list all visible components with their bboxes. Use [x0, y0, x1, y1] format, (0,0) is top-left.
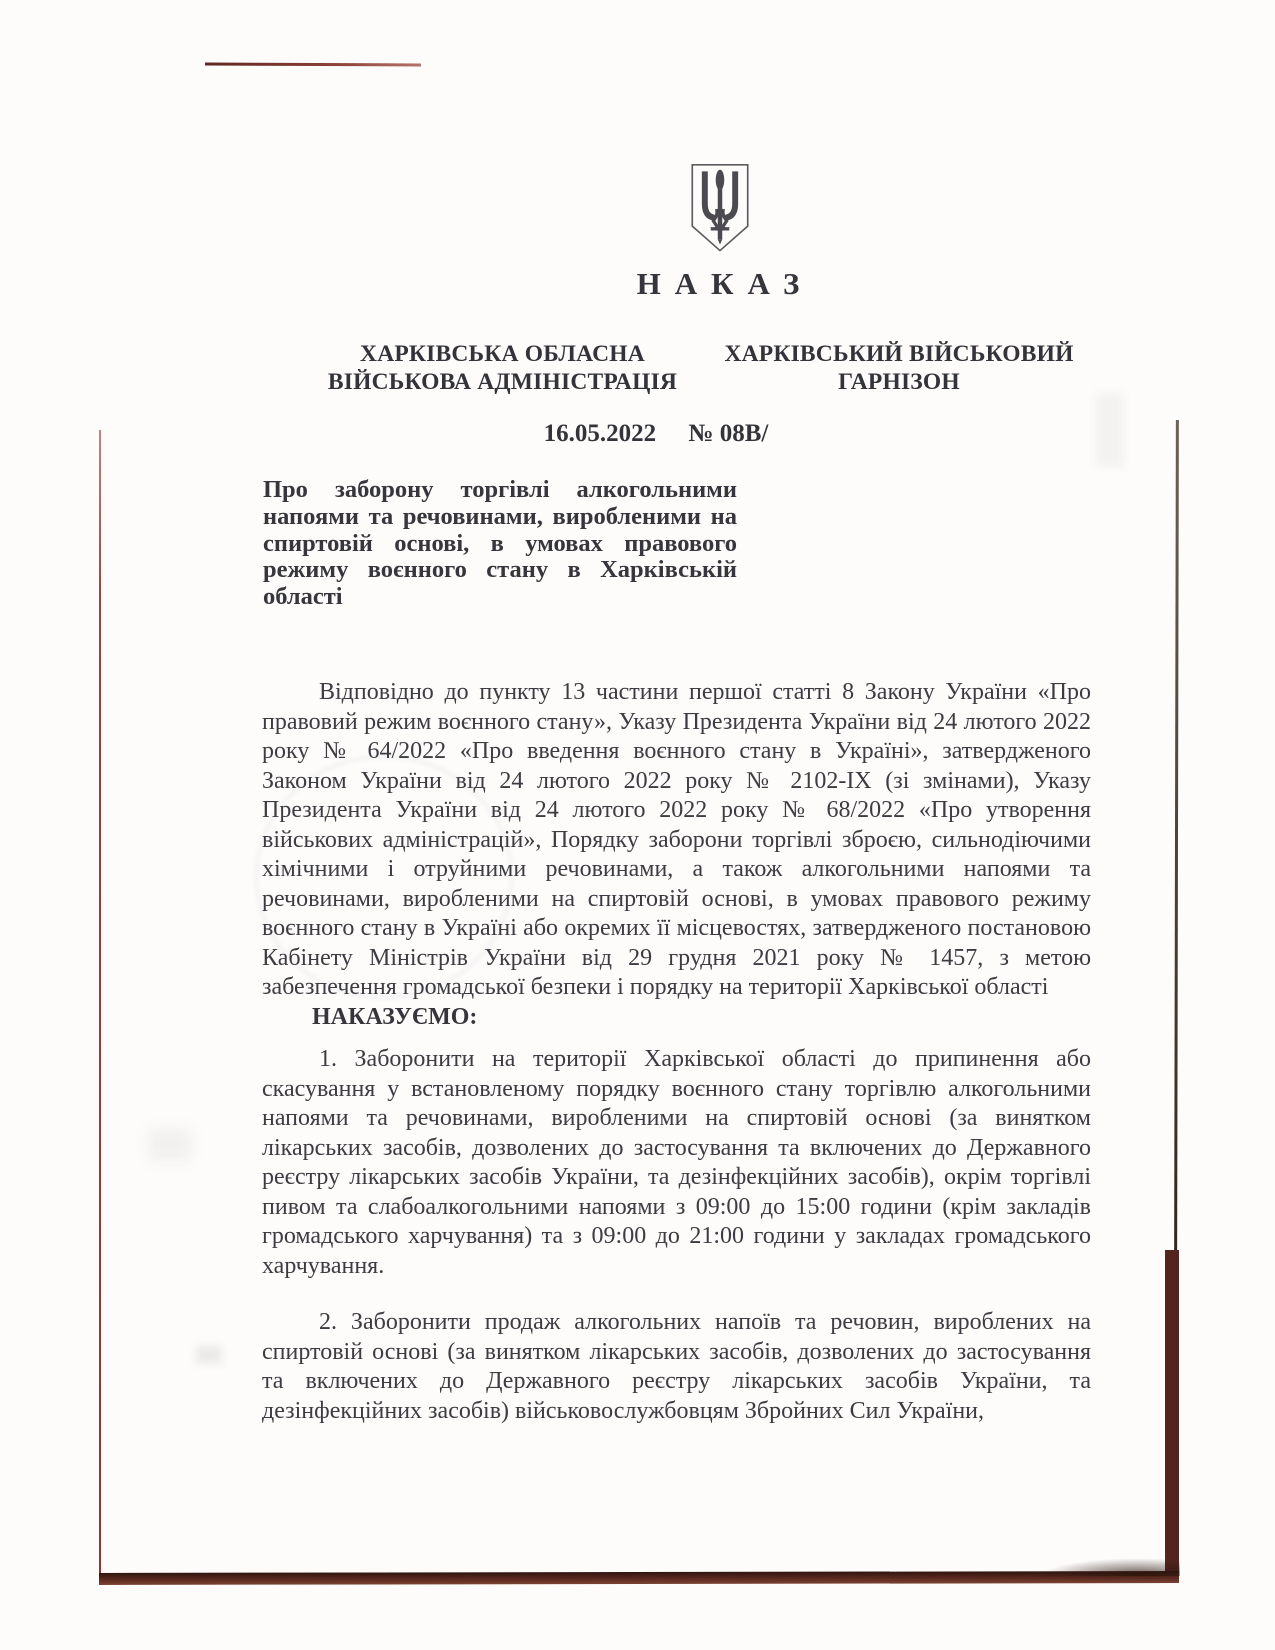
org-right-name: ХАРКІВСЬКИЙ ВІЙСЬКОВИЙ ГАРНІЗОН — [700, 341, 1098, 396]
order-number: № 08В/ — [688, 420, 768, 447]
scan-edge-top — [205, 63, 421, 67]
order-date: 16.05.2022 — [544, 420, 657, 447]
scan-smudge — [148, 1128, 192, 1162]
page-corner-shadow — [1040, 1558, 1180, 1576]
resolve-word: НАКАЗУЄМО: — [262, 1003, 1091, 1033]
org-right-line2: ГАРНІЗОН — [700, 369, 1098, 397]
org-left-name: ХАРКІВСЬКА ОБЛАСНА ВІЙСЬКОВА АДМІНІСТРАЦ… — [280, 341, 725, 396]
ukraine-trident-emblem-icon — [687, 162, 753, 254]
date-number-line: 16.05.2022 № 08В/ — [400, 420, 912, 448]
scan-edge-right — [1174, 420, 1178, 1255]
scan-smudge — [196, 1346, 222, 1364]
scan-smudge — [1096, 393, 1124, 467]
order-item-1: 1. Заборонити на території Харківської о… — [262, 1045, 1091, 1281]
scan-backing-right — [1165, 1250, 1179, 1583]
order-title: НАКАЗ — [585, 266, 865, 302]
order-subject: Про заборону торгівлі алкогольними напоя… — [263, 477, 737, 611]
order-item-2: 2. Заборонити продаж алкогольних напоїв … — [262, 1308, 1091, 1426]
org-right-line1: ХАРКІВСЬКИЙ ВІЙСЬКОВИЙ — [700, 341, 1098, 369]
preamble-paragraph: Відповідно до пункту 13 частини першої с… — [262, 678, 1091, 1003]
scanned-order-page: НАКАЗ ХАРКІВСЬКА ОБЛАСНА ВІЙСЬКОВА АДМІН… — [0, 0, 1275, 1650]
org-left-line2: ВІЙСЬКОВА АДМІНІСТРАЦІЯ — [280, 369, 725, 397]
order-body: Відповідно до пункту 13 частини першої с… — [262, 678, 1091, 1426]
scan-edge-left — [99, 430, 101, 1576]
org-left-line1: ХАРКІВСЬКА ОБЛАСНА — [280, 341, 725, 369]
scan-backing-bottom — [99, 1571, 1179, 1585]
